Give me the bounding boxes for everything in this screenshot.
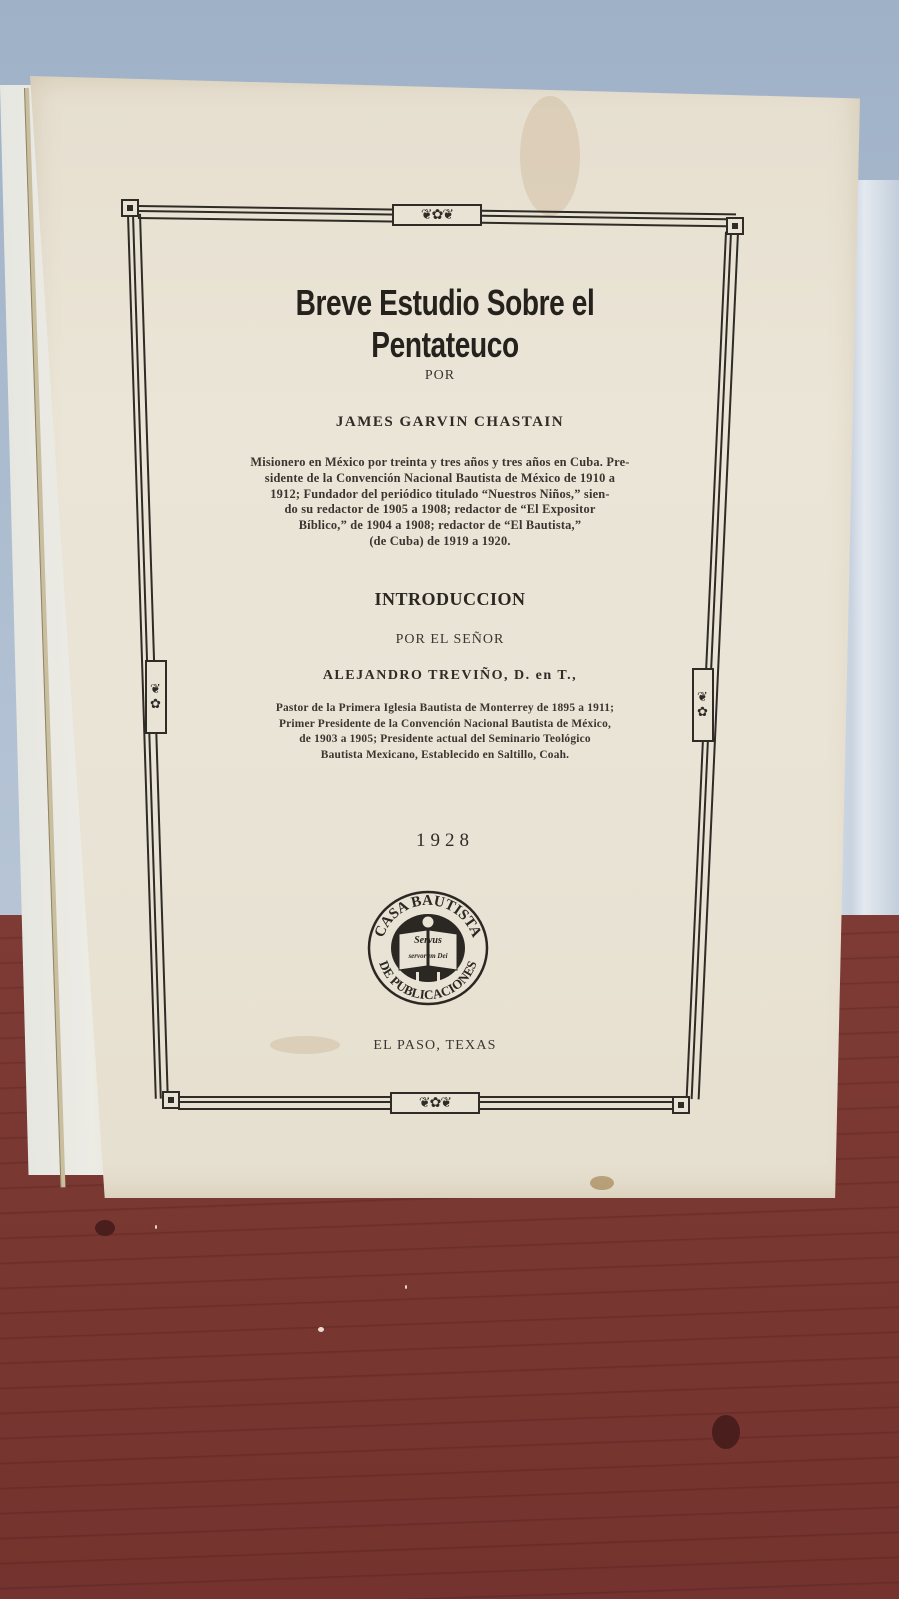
wood-knot [95, 1220, 115, 1236]
frame-corner-bottom-right [672, 1096, 690, 1114]
introduction-by-label: POR EL SEÑOR [270, 632, 630, 648]
frame-corner-top-left [121, 199, 139, 217]
floral-ornament-icon: ❦✿❦ [392, 204, 482, 226]
age-stain [590, 1176, 614, 1190]
author-bio: Misionero en México por treinta y tres a… [185, 455, 695, 550]
publisher-seal-icon: CASA BAUTISTA DE PUBLICACIONES Servus se… [367, 890, 489, 1006]
introduction-heading: INTRODUCCION [270, 589, 630, 610]
seal-book-text-2: servorum Dei [407, 952, 447, 960]
floral-ornament-icon: ❦✿❦ [390, 1092, 480, 1114]
seal-book-text-1: Servus [414, 935, 442, 946]
publication-year: 1928 [370, 830, 520, 852]
floral-ornament-icon: ❦✿ [145, 660, 167, 734]
author-bio-line: 1912; Fundador del periódico titulado “N… [185, 487, 695, 503]
introduction-author-name: ALEJANDRO TREVIÑO, D. en T., [210, 668, 690, 684]
publication-place: EL PASO, TEXAS [300, 1038, 570, 1054]
introduction-bio-line: Bautista Mexicano, Establecido en Saltil… [185, 748, 705, 764]
author-bio-line: sidente de la Convención Nacional Bautis… [185, 471, 695, 487]
introduction-bio-line: Primer Presidente de la Convención Nacio… [185, 717, 705, 733]
paint-speck [318, 1327, 324, 1332]
author-bio-line: Misionero en México por treinta y tres a… [185, 455, 695, 471]
author-bio-line: Bíblico,” de 1904 a 1908; redactor de “E… [185, 518, 695, 534]
paint-speck [155, 1225, 157, 1229]
author-bio-line: do su redactor de 1905 a 1908; redactor … [185, 502, 695, 518]
introduction-bio-line: de 1903 a 1905; Presidente actual del Se… [185, 732, 705, 748]
by-label: POR [340, 368, 540, 384]
wood-knot [712, 1415, 740, 1449]
introduction-author-bio: Pastor de la Primera Iglesia Bautista de… [185, 701, 705, 763]
introduction-bio-line: Pastor de la Primera Iglesia Bautista de… [185, 701, 705, 717]
age-stain [520, 96, 580, 216]
author-bio-line: (de Cuba) de 1919 a 1920. [185, 534, 695, 550]
frame-corner-top-right [726, 217, 744, 235]
author-name: JAMES GARVIN CHASTAIN [250, 414, 650, 431]
book-title: Breve Estudio Sobre el Pentateuco [223, 282, 668, 366]
frame-corner-bottom-left [162, 1091, 180, 1109]
paint-speck [405, 1285, 407, 1289]
